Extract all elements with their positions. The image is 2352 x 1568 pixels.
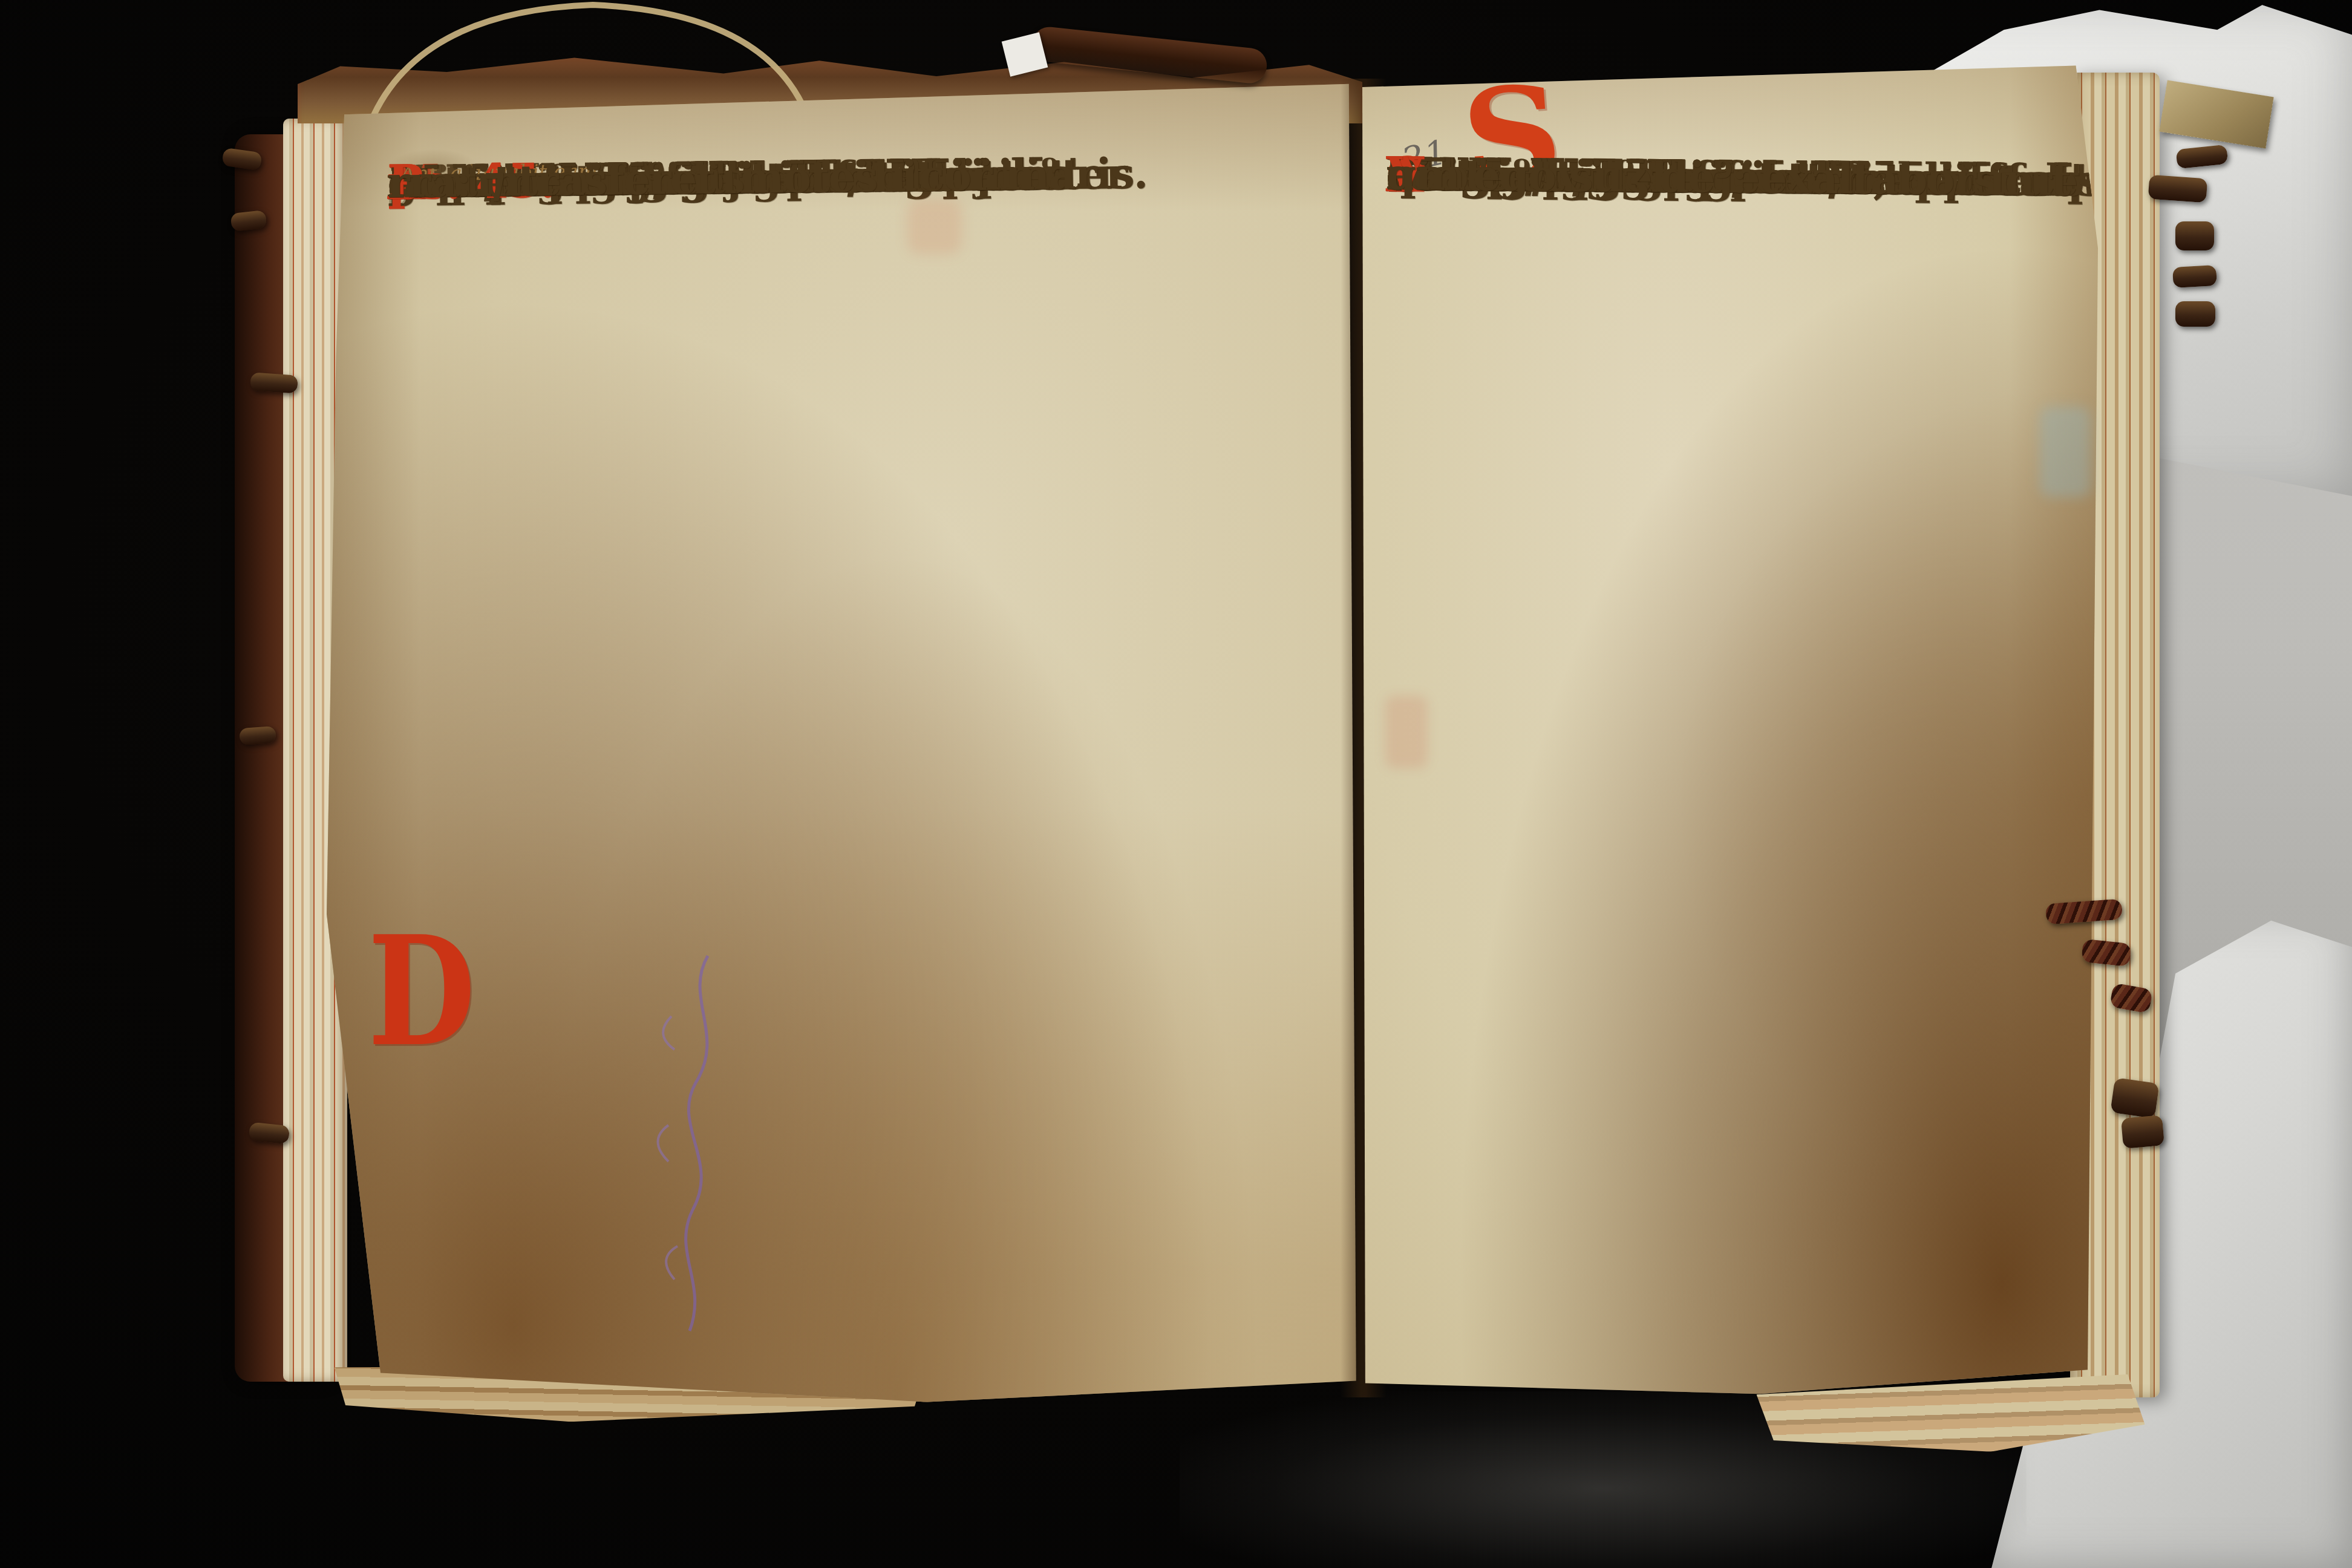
leather-tab	[2110, 1077, 2159, 1119]
pen-flourish-decoration	[635, 944, 780, 1343]
leather-tab	[2121, 1115, 2164, 1149]
right-page-text: onuerūt ⁊ turbate sūt aqueeorʒ: cōturbat…	[1387, 140, 2098, 146]
show-through-blue-initial	[2040, 407, 2091, 497]
leather-tab	[2175, 301, 2215, 327]
right-page: 21 S onuerūt ⁊ turbate sūt aqueeorʒ: cōt…	[1362, 63, 2098, 1405]
left-page: D filie regis abint⁹: in fimbrijsaureis …	[327, 79, 1362, 1405]
text-segment: qm̄ ego suʒ de⁹: exaltabor in	[1386, 140, 2034, 214]
show-through-red-initial	[907, 200, 962, 254]
manuscript-photo: D filie regis abint⁹: in fimbrijsaureis …	[0, 0, 2352, 1568]
leather-tab	[2172, 265, 2217, 288]
left-page-text: filie regis abint⁹: in fimbrijsaureis ci…	[387, 140, 1180, 150]
leather-tab	[2148, 175, 2208, 203]
text-segment: rra: ⁊ trāsferēt' mōtes ī cor maris.	[387, 141, 1148, 215]
show-through-red-initial	[1385, 696, 1428, 768]
leather-tab	[2175, 221, 2214, 250]
leather-tab	[239, 726, 276, 745]
ornate-initial-d: D	[368, 930, 475, 1051]
leather-tab	[250, 372, 298, 393]
